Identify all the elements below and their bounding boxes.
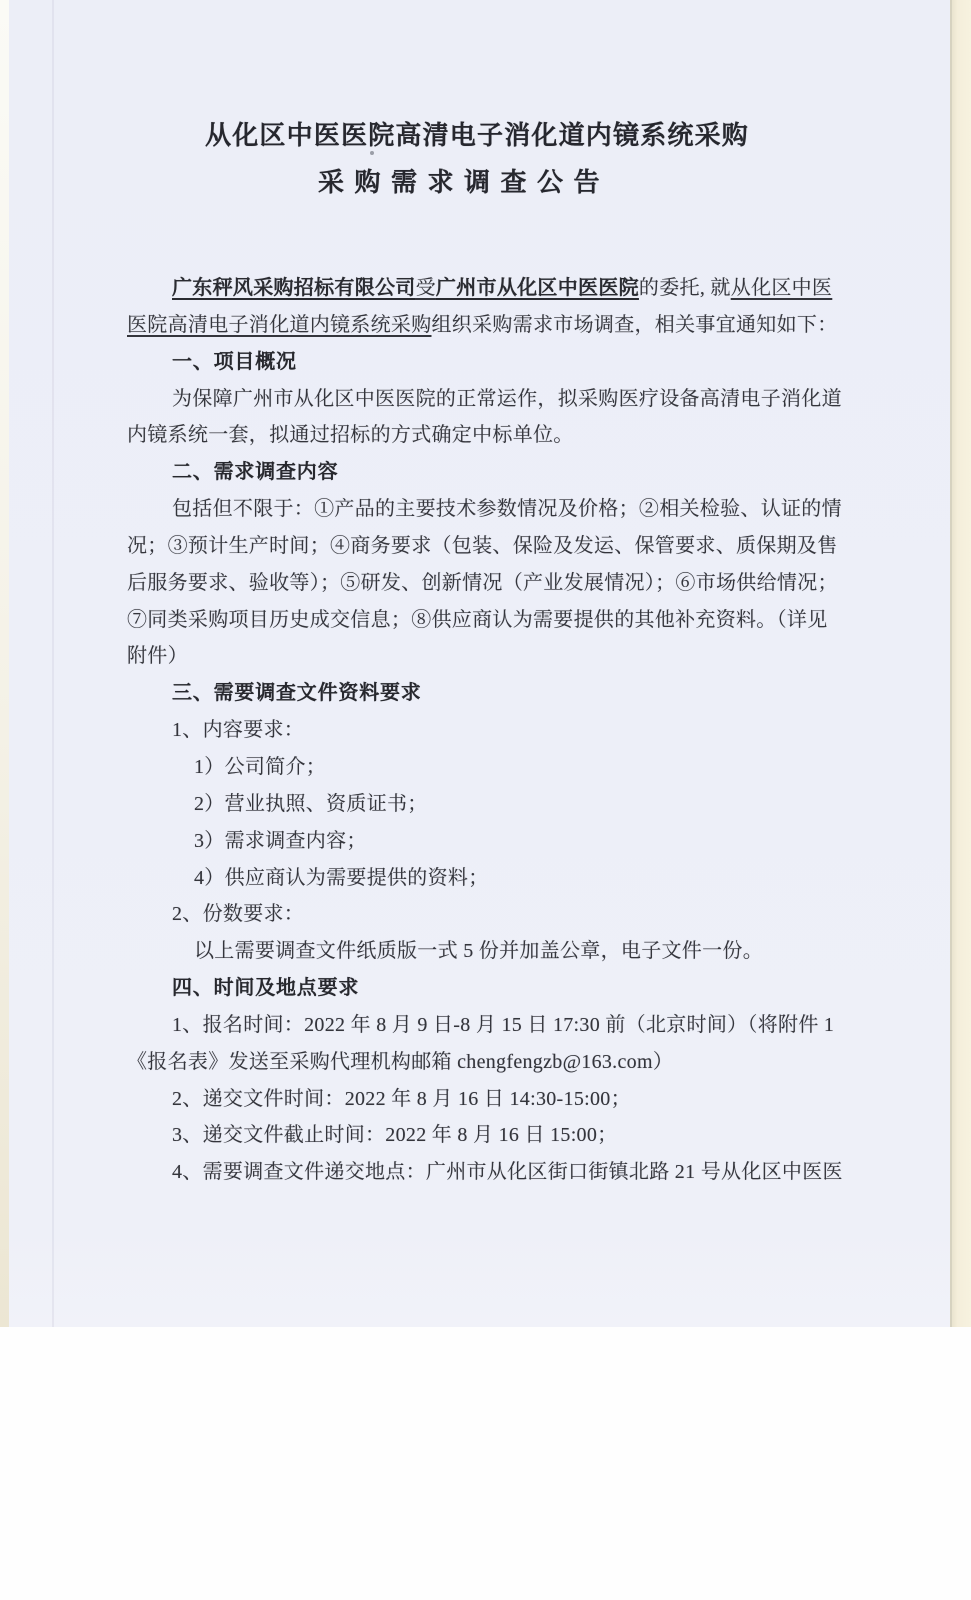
- section-4-item-1-line-2: 《报名表》发送至采购代理机构邮箱 chengfengzb@163.com）: [0, 1044, 971, 1081]
- document-body: 广东秤风采购招标有限公司受广州市从化区中医医院的委托, 就从化区中医 医院高清电…: [0, 270, 971, 1191]
- project-name-part1: 从化区中医: [731, 277, 833, 299]
- section-4-item-1-line-1: 1、报名时间：2022 年 8 月 9 日-8 月 15 日 17:30 前（北…: [0, 1007, 971, 1044]
- intro-tail: 组织采购需求市场调查，相关事宜通知如下：: [432, 314, 838, 336]
- intro-line-1: 广东秤风采购招标有限公司受广州市从化区中医医院的委托, 就从化区中医: [0, 270, 971, 307]
- section-2-paragraph-line-3: 后服务要求、验收等）；⑤研发、创新情况（产业发展情况）；⑥市场供给情况；: [0, 565, 971, 602]
- section-3-subitem-2: 2）营业执照、资质证书；: [0, 786, 971, 823]
- section-3-item-2: 2、份数要求：: [0, 896, 971, 933]
- client-name: 广州市从化区中医医院: [436, 277, 639, 299]
- project-name-part2: 医院高清电子消化道内镜系统采购: [127, 314, 432, 336]
- section-2-paragraph-line-2: 况；③预计生产时间；④商务要求（包装、保险及发运、保管要求、质保期及售: [0, 528, 971, 565]
- section-3-subitem-4: 4）供应商认为需要提供的资料；: [0, 860, 971, 897]
- scanned-page: 从化区中医医院高清电子消化道内镜系统采购 采购需求调查公告 广东秤风采购招标有限…: [0, 0, 971, 1327]
- section-2-paragraph-line-5: 附件）: [0, 638, 971, 675]
- agency-name: 广东秤风采购招标有限公司: [172, 277, 416, 299]
- section-2-paragraph-line-4: ⑦同类采购项目历史成交信息；⑧供应商认为需要提供的其他补充资料。（详见: [0, 602, 971, 639]
- section-3-copies-requirement: 以上需要调查文件纸质版一式 5 份并加盖公章，电子文件一份。: [0, 933, 971, 970]
- section-4-item-2: 2、递交文件时间：2022 年 8 月 16 日 14:30-15:00；: [0, 1081, 971, 1118]
- screenshot-canvas: 从化区中医医院高清电子消化道内镜系统采购 采购需求调查公告 广东秤风采购招标有限…: [0, 0, 971, 1600]
- intro-connector: 的委托, 就: [639, 277, 731, 299]
- section-3-item-1: 1、内容要求：: [0, 712, 971, 749]
- section-2-paragraph-line-1: 包括但不限于：①产品的主要技术参数情况及价格；②相关检验、认证的情: [0, 491, 971, 528]
- section-4-heading: 四、时间及地点要求: [0, 970, 971, 1007]
- section-2-heading: 二、需求调查内容: [0, 454, 971, 491]
- section-3-subitem-1: 1）公司简介；: [0, 749, 971, 786]
- intro-line-2: 医院高清电子消化道内镜系统采购组织采购需求市场调查，相关事宜通知如下：: [0, 307, 971, 344]
- document-title-line-1: 从化区中医医院高清电子消化道内镜系统采购: [205, 118, 749, 152]
- section-4-item-4: 4、需要调查文件递交地点：广州市从化区街口街镇北路 21 号从化区中医医: [0, 1154, 971, 1191]
- section-1-paragraph-line-1: 为保障广州市从化区中医医院的正常运作，拟采购医疗设备高清电子消化道: [0, 381, 971, 418]
- section-3-heading: 三、需要调查文件资料要求: [0, 675, 971, 712]
- document-title-line-2: 采购需求调查公告: [318, 165, 610, 199]
- intro-receive: 受: [416, 277, 436, 299]
- section-1-heading: 一、项目概况: [0, 344, 971, 381]
- section-3-subitem-3: 3）需求调查内容；: [0, 823, 971, 860]
- section-1-paragraph-line-2: 内镜系统一套，拟通过招标的方式确定中标单位。: [0, 417, 971, 454]
- section-4-item-3: 3、递交文件截止时间：2022 年 8 月 16 日 15:00；: [0, 1117, 971, 1154]
